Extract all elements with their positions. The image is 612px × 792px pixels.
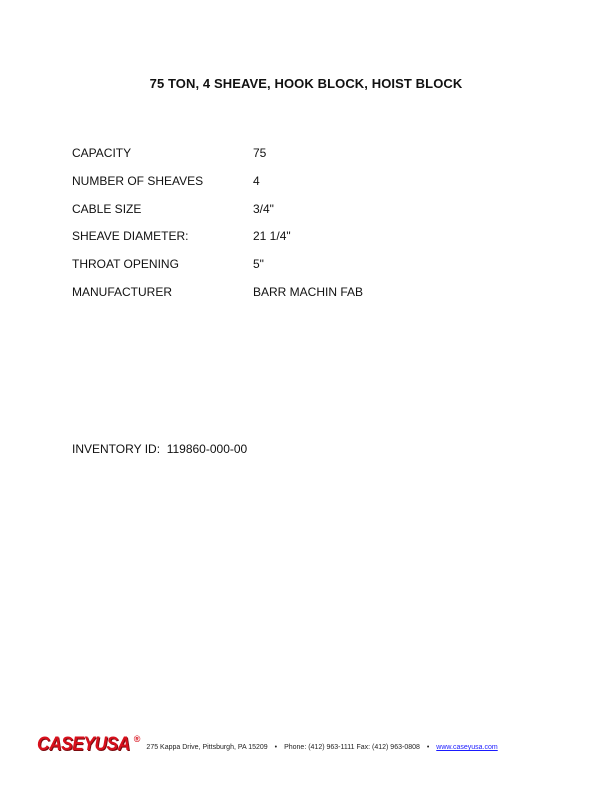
caseyusa-logo: CASEYUSA [37, 735, 130, 755]
spec-value: 21 1/4" [253, 229, 291, 243]
inventory-label: INVENTORY ID: [72, 442, 160, 456]
spec-value: 75 [253, 146, 266, 160]
spec-label: MANUFACTURER [72, 285, 172, 299]
spec-label: SHEAVE DIAMETER: [72, 229, 188, 243]
spec-label: CAPACITY [72, 146, 131, 160]
footer-contact-line: 275 Kappa Drive, Pittsburgh, PA 15209 • … [146, 742, 497, 754]
footer: CASEYUSA ® 275 Kappa Drive, Pittsburgh, … [37, 735, 498, 755]
spec-label: CABLE SIZE [72, 202, 141, 216]
website-link[interactable]: www.caseyusa.com [436, 744, 497, 751]
spec-label: NUMBER OF SHEAVES [72, 174, 203, 188]
spec-value: 5" [253, 257, 264, 271]
footer-address: 275 Kappa Drive, Pittsburgh, PA 15209 [146, 744, 267, 751]
registered-mark-icon: ® [134, 734, 141, 744]
separator-dot-icon: • [427, 742, 429, 754]
separator-dot-icon: • [275, 742, 277, 754]
spec-label: THROAT OPENING [72, 257, 179, 271]
spec-value: 4 [253, 174, 260, 188]
page-title: 75 TON, 4 SHEAVE, HOOK BLOCK, HOIST BLOC… [0, 76, 612, 91]
inventory-id: INVENTORY ID: 119860-000-00 [72, 442, 247, 456]
footer-phone-fax: Phone: (412) 963-1111 Fax: (412) 963-080… [284, 744, 420, 751]
spec-value: 3/4" [253, 202, 274, 216]
spec-value: BARR MACHIN FAB [253, 285, 363, 299]
inventory-value: 119860-000-00 [167, 442, 248, 456]
